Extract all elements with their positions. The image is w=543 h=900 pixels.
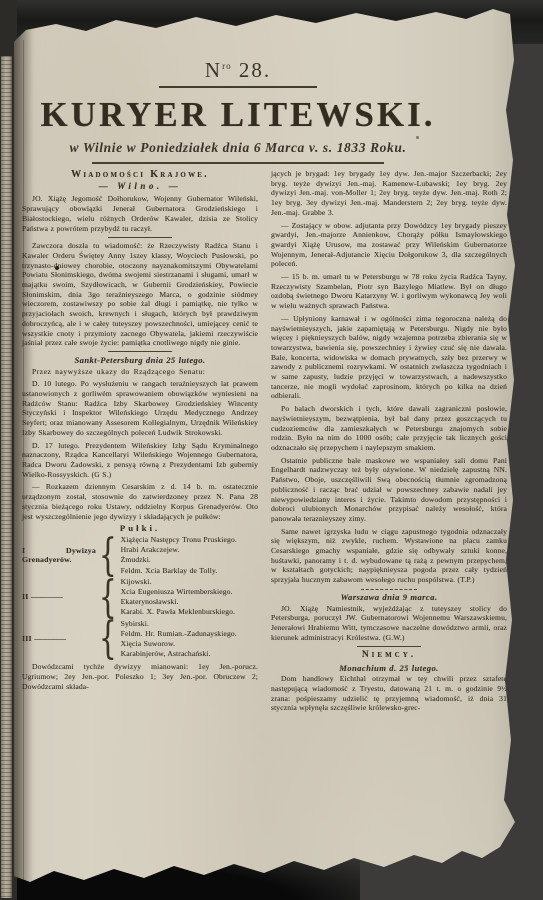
- issue-number: Nro 28.: [22, 58, 454, 83]
- section-divider: [108, 351, 172, 352]
- issue-value: 28.: [239, 58, 271, 82]
- regiment-unit: Feldm. Hr. Rumian.-Zadunayskiego.: [121, 629, 258, 639]
- section-divider: [361, 589, 417, 590]
- section-divider: [357, 646, 421, 647]
- section-heading-niemcy: Niemcy.: [271, 651, 507, 661]
- regiment-unit-list: Sybirski. Feldm. Hr. Rumian.-Zadunayskie…: [121, 619, 258, 660]
- paragraph: Dowódzcami tychże dywizyy mianowani: 1ey…: [22, 662, 258, 691]
- paragraph: JO. Xiążę Namiestnik, wyjeżdżając z tute…: [271, 604, 507, 643]
- regiment-unit: Feldm. Xcia Barklay de Tolly.: [121, 566, 258, 576]
- brace-glyph: {: [99, 617, 117, 661]
- petersburg-intro: Przez naywyższe ukazy do Rządzącego Sena…: [22, 367, 258, 377]
- paragraph: JO. Xiążę Jegomość Dołhorukow, Wojenny G…: [22, 194, 258, 233]
- regiment-unit: Xcia Eugeniusza Wirtemberskiego.: [121, 587, 258, 597]
- paragraph: — Zostający w obow. adjutanta przy Dowód…: [271, 221, 507, 270]
- regiment-unit: Sybirski.: [121, 619, 258, 629]
- newspaper-title: KURYER LITEWSKI.: [22, 95, 454, 135]
- masthead-rule-bottom: [92, 162, 384, 164]
- regiment-unit: Żmudzki.: [121, 555, 258, 565]
- masthead: Nro 28. KURYER LITEWSKI. w Wilnie w Poni…: [22, 58, 454, 164]
- regiment-division-label: III ————: [22, 634, 96, 644]
- regiment-division-label: II ————: [22, 592, 96, 602]
- regiment-unit: Karabi. X. Pawła Meklenburskiego.: [121, 607, 258, 617]
- regiments-table-heading: Pułki.: [22, 524, 258, 534]
- column-right: jących je brygad: 1ey brygady 1ey dyw. J…: [271, 169, 507, 713]
- dateline-monachium: Monachium d. 25 lutego.: [271, 664, 507, 674]
- dateline-wilno: — Wilno. —: [22, 182, 258, 192]
- regiment-unit: Kijowski.: [121, 577, 258, 587]
- paragraph: Same nawet igrzyska ludu w ciągu zapustn…: [271, 527, 507, 585]
- regiment-unit: Ekaterynosławski.: [121, 597, 258, 607]
- paragraph: Ostatnie publiczne bale maskowe we wspan…: [271, 456, 507, 524]
- paragraph: D. 10 lutego. Po wysłużeniu w rangach te…: [22, 379, 258, 437]
- dateline-warszawa: Warszawa dnia 9 marca.: [271, 593, 507, 603]
- paragraph: — Upłyniony karnawał i w ogólności zima …: [271, 314, 507, 401]
- newspaper-page: Nro 28. KURYER LITEWSKI. w Wilnie w Poni…: [14, 0, 517, 900]
- regiment-unit-list: Kijowski. Xcia Eugeniusza Wirtemberskieg…: [121, 577, 258, 618]
- paragraph: Zawczora doszła tu wiadomość: że Rzeczyw…: [22, 241, 258, 348]
- paragraph: Po balach dworskich i tych, które dawali…: [271, 404, 507, 453]
- section-heading-krajowe: Wiadomości Krajowe.: [22, 170, 258, 180]
- regiment-unit: Hrabi Arakczejew.: [121, 545, 258, 555]
- regiment-unit: Xięcia Suworow.: [121, 639, 258, 649]
- masthead-rule-top: [159, 86, 317, 88]
- paragraph: — 15 b. m. umarł tu w Petersburgu w 78 r…: [271, 272, 507, 311]
- dateline-petersburg: Sankt-Petersburg dnia 25 lutego.: [22, 356, 258, 366]
- column-left: Wiadomości Krajowe. — Wilno. — JO. Xiążę…: [22, 169, 258, 713]
- regiment-unit-list: Xiążęcia Następcy Tronu Pruskiego. Hrabi…: [121, 535, 258, 576]
- brace-glyph: {: [99, 533, 117, 577]
- adjacent-page-sliver: [1, 56, 12, 898]
- paragraph: jących je brygad: 1ey brygady 1ey dyw. J…: [271, 169, 507, 218]
- masthead-dateline: w Wilnie w Poniedziałek dnia 6 Marca v. …: [22, 140, 454, 156]
- section-divider: [108, 237, 172, 238]
- regiment-group-3: III ———— { Sybirski. Feldm. Hr. Rumian.-…: [22, 619, 258, 660]
- regiment-unit: Karabinjerów, Astrachański.: [121, 649, 258, 659]
- paragraph: D. 17 lutego. Prezydentem Wileńskiey Izb…: [22, 441, 258, 480]
- regiment-division-label: I Dywizya Grenadyerów.: [22, 546, 96, 565]
- regiment-unit: Xiążęcia Następcy Tronu Pruskiego.: [121, 535, 258, 545]
- regiment-group-1: I Dywizya Grenadyerów. { Xiążęcia Następ…: [22, 535, 258, 576]
- paragraph: Dom handlowy Eichthal otrzymał w tey chw…: [271, 674, 507, 713]
- regiment-group-2: II ———— { Kijowski. Xcia Eugeniusza Wirt…: [22, 577, 258, 618]
- issue-prefix: N: [205, 58, 222, 82]
- issue-superscript: ro: [222, 61, 232, 71]
- paragraph: — Rozkazem dziennym Cesarskim z d. 14 b.…: [22, 482, 258, 521]
- article-columns: Wiadomości Krajowe. — Wilno. — JO. Xiążę…: [22, 169, 508, 713]
